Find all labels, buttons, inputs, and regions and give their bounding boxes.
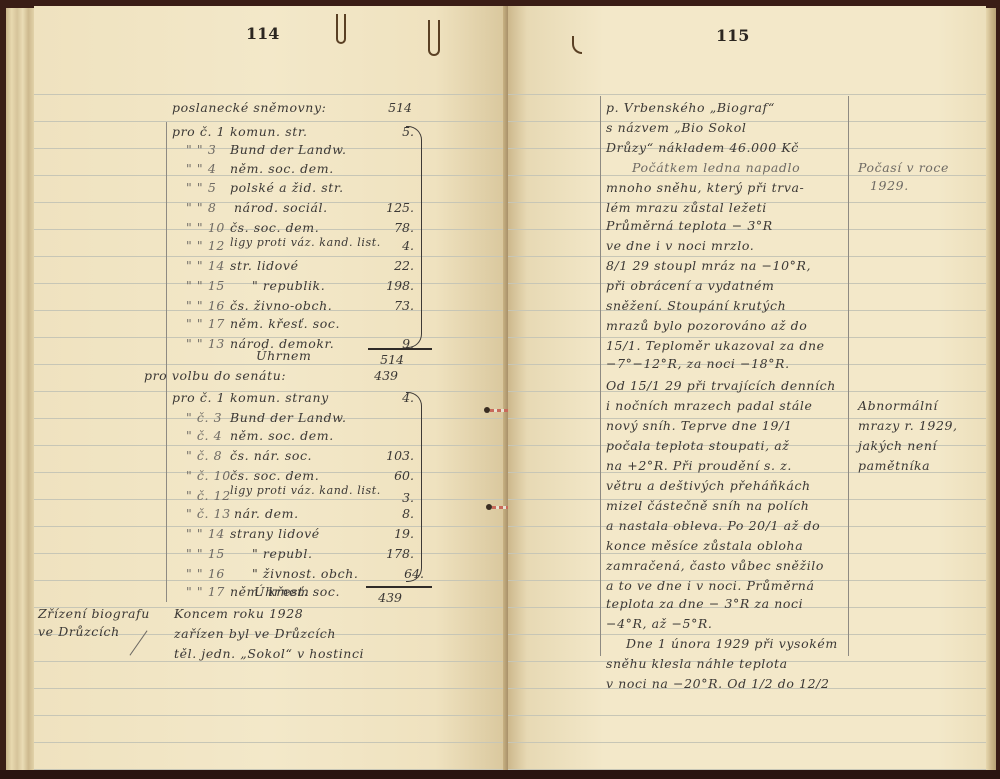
row-prefix: " " 10: [186, 220, 225, 235]
text-line: při obrácení a vydatném: [606, 278, 774, 293]
row-prefix: " " 13: [186, 336, 225, 351]
row-prefix: " " 17: [186, 584, 225, 599]
left-page: 114 poslanecké sněmovny: 514 pro č. 1 ko…: [34, 6, 506, 772]
margin-note-frost: mrazy r. 1929,: [858, 418, 958, 433]
margin-note-frost: jakých není: [858, 438, 937, 453]
sum-line: [366, 586, 432, 588]
text-line: zamračená, často vůbec sněžilo: [606, 558, 824, 573]
row-party: něm. soc. dem.: [230, 428, 334, 443]
text-line: a nastala oblevа. Po 20/1 až do: [606, 518, 820, 533]
text-line: konce měsíce zůstala obloha: [606, 538, 803, 553]
row-prefix: " " 5: [186, 180, 216, 195]
text-line: v noci na −20°R. Od 1/2 do 12/2: [606, 676, 830, 691]
row-party: něm. soc. dem.: [230, 161, 334, 176]
margin-note-weather: Počasí v roce: [858, 160, 949, 175]
row-party: " živnost. obch.: [252, 566, 358, 581]
row-party: Bund der Landw.: [230, 142, 347, 157]
row-party: čs. soc. dem.: [230, 468, 319, 483]
row-party: něm. křesť. soc.: [230, 316, 340, 331]
row-prefix: " " 15: [186, 278, 225, 293]
row-party: str. lidové: [230, 258, 299, 273]
row-party: komun. strany: [230, 390, 329, 405]
row-prefix: pro č. 1: [172, 124, 225, 139]
section1-total: 514: [364, 352, 404, 367]
row-prefix: " " 14: [186, 526, 225, 541]
text-line: počala teplota stoupati, až: [606, 438, 789, 453]
row-prefix: pro č. 1: [172, 390, 225, 405]
text-line: p. Vrbenského „Biograf“: [606, 100, 775, 115]
text-line: lém mrazu zůstal ležeti: [606, 200, 767, 215]
row-party: " republ.: [252, 546, 313, 561]
text-line: mizel částečně sníh na polích: [606, 498, 809, 513]
margin-rule: [600, 96, 601, 656]
entry-line: těl. jedn. „Sokol“ v hostinci: [174, 646, 364, 661]
row-party: komun. str.: [230, 124, 308, 139]
row-prefix: " č. 8: [186, 448, 222, 463]
column-rule: [166, 122, 167, 602]
sum-line: [368, 348, 432, 350]
text-line: −4°R, až −5°R.: [606, 616, 713, 631]
row-prefix: " " 12: [186, 238, 225, 253]
margin-note-weather: 1929.: [870, 178, 909, 193]
text-line: Dne 1 února 1929 při vysokém: [626, 636, 838, 651]
row-party: polské a žid. str.: [230, 180, 344, 195]
row-prefix: " " 14: [186, 258, 225, 273]
section2-heading: pro volbu do senátu:: [144, 368, 286, 383]
section1-heading: poslanecké sněmovny:: [172, 100, 326, 115]
text-line: i nočních mrazech padal stále: [606, 398, 812, 413]
text-line: a to ve dne i v noci. Průměrná: [606, 578, 815, 593]
row-prefix: " č. 3: [186, 410, 222, 425]
margin-note-line: ve Drůzcích: [38, 624, 120, 639]
row-prefix: " č. 10: [186, 468, 231, 483]
row-prefix: " č. 13: [186, 506, 231, 521]
paperclip-mark: [572, 36, 582, 54]
left-page-edges: [6, 8, 34, 770]
text-line: s názvem „Bio Sokol: [606, 120, 747, 135]
text-line: Průměrná teplota − 3°R: [606, 218, 773, 233]
row-prefix: " č. 4: [186, 428, 222, 443]
entry-line: Koncem roku 1928: [174, 606, 303, 621]
page-number-right: 115: [716, 26, 749, 45]
paperclip-mark: [336, 14, 346, 44]
row-prefix: " " 16: [186, 298, 225, 313]
text-line: Od 15/1 29 při trvajících denních: [606, 378, 836, 393]
margin-note-line: Zřízení biografu: [38, 606, 150, 621]
row-party: " republik.: [252, 278, 325, 293]
row-prefix: " " 3: [186, 142, 216, 157]
row-prefix: " " 4: [186, 161, 216, 176]
book-cover-bottom: [0, 770, 1000, 779]
right-page: 115 p. Vrbenského „Biograf“ s názvem „Bi…: [508, 6, 986, 772]
text-line: 15/1. Teploměr ukazoval za dne: [606, 338, 825, 353]
row-prefix: " č. 12: [186, 488, 231, 503]
text-line: 8/1 29 stoupl mráz na −10°R,: [606, 258, 811, 273]
margin-note-frost: Abnormální: [858, 398, 938, 413]
text-line: Drůzy“ nákladem 46.000 Kč: [606, 140, 799, 155]
page-number-left: 114: [246, 24, 279, 43]
section2-total: 439: [362, 590, 402, 605]
row-party: ligy proti váz. kand. list.: [230, 236, 381, 249]
entry-line: zařízen byl ve Drůzcích: [174, 626, 336, 641]
row-party: národ. sociál.: [234, 200, 328, 215]
row-prefix: " " 15: [186, 546, 225, 561]
section2-total-label: Úhrnem: [254, 584, 309, 599]
margin-note-frost: pamětníka: [858, 458, 930, 473]
text-line: teplota za dne − 3°R za noci: [606, 596, 803, 611]
row-party: strany lidové: [230, 526, 320, 541]
text-line: sněhu klesla náhle teplota: [606, 656, 788, 671]
text-line: −7°−12°R, za noci −18°R.: [606, 356, 790, 371]
curly-brace: [406, 392, 422, 582]
text-line: nový sníh. Teprve dne 19/1: [606, 418, 792, 433]
text-line: Počátkem ledna napadlo: [632, 160, 800, 175]
curly-brace: [406, 126, 422, 348]
row-party: čs. soc. dem.: [230, 220, 319, 235]
row-party: čs. nár. soc.: [230, 448, 312, 463]
row-prefix: " " 17: [186, 316, 225, 331]
right-page-edges: [986, 8, 996, 770]
section2-heading-total: 439: [358, 368, 398, 383]
text-line: větru a deštivých přeháňkách: [606, 478, 811, 493]
text-line: sněžení. Stoupání krutých: [606, 298, 786, 313]
row-party: čs. živno-obch.: [230, 298, 332, 313]
paperclip-mark: [428, 20, 440, 56]
row-prefix: " " 8: [186, 200, 216, 215]
section1-heading-total: 514: [372, 100, 412, 115]
row-prefix: " " 16: [186, 566, 225, 581]
row-party: nár. dem.: [234, 506, 299, 521]
section1-total-label: Úhrnem: [256, 348, 311, 363]
margin-rule: [848, 96, 849, 656]
open-ledger-book: 114 poslanecké sněmovny: 514 pro č. 1 ko…: [0, 0, 1000, 779]
text-line: mrazů bylo pozorováno až do: [606, 318, 807, 333]
row-party: ligy proti váz. kand. list.: [230, 484, 381, 497]
text-line: na +2°R. Při proudění s. z.: [606, 458, 792, 473]
text-line: mnoho sněhu, který při trva-: [606, 180, 804, 195]
row-party: Bund der Landw.: [230, 410, 347, 425]
text-line: ve dne i v noci mrzlo.: [606, 238, 754, 253]
